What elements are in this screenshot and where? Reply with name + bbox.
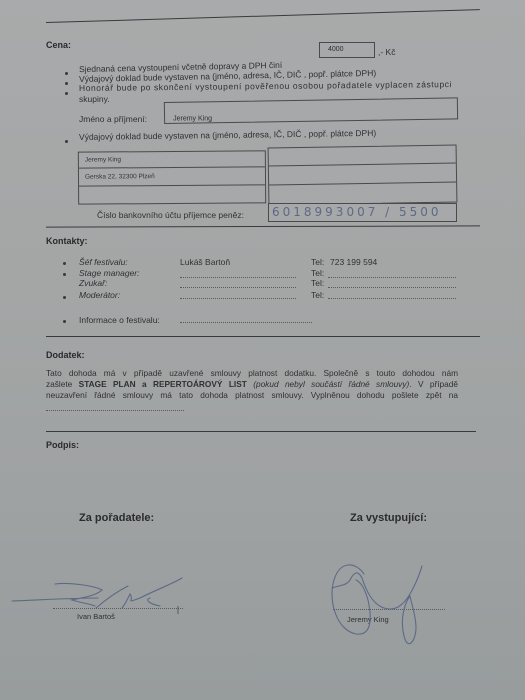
contract-page: Cena: Sjednaná cena vystoupení včetně do… [0,0,525,700]
performer-signature-icon [0,0,525,700]
